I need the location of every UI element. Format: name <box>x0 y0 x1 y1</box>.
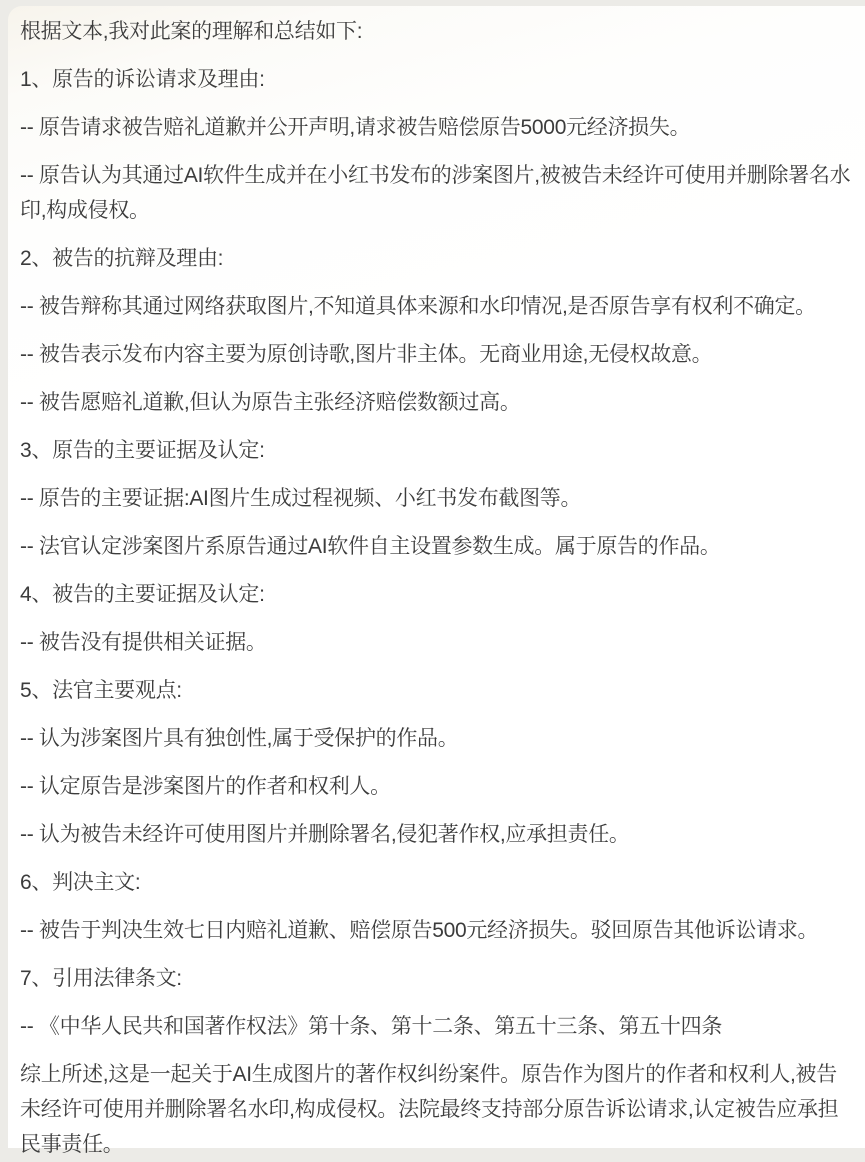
section-4-bullet-1: -- 被告没有提供相关证据。 <box>20 625 851 660</box>
section-5-bullet-2: -- 认定原告是涉案图片的作者和权利人。 <box>20 769 851 804</box>
section-3-heading: 3、原告的主要证据及认定: <box>20 433 851 468</box>
intro-line: 根据文本,我对此案的理解和总结如下: <box>20 14 851 49</box>
section-2-bullet-3: -- 被告愿赔礼道歉,但认为原告主张经济赔偿数额过高。 <box>20 385 851 420</box>
section-5-bullet-3: -- 认为被告未经许可使用图片并删除署名,侵犯著作权,应承担责任。 <box>20 817 851 852</box>
section-2-bullet-2: -- 被告表示发布内容主要为原创诗歌,图片非主体。无商业用途,无侵权故意。 <box>20 337 851 372</box>
section-1-bullet-2: -- 原告认为其通过AI软件生成并在小红书发布的涉案图片,被被告未经许可使用并删… <box>20 158 851 228</box>
section-1-bullet-1: -- 原告请求被告赔礼道歉并公开声明,请求被告赔偿原告5000元经济损失。 <box>20 110 851 145</box>
case-summary-text: 根据文本,我对此案的理解和总结如下: 1、原告的诉讼请求及理由: -- 原告请求… <box>8 6 865 1148</box>
section-6-heading: 6、判决主文: <box>20 865 851 900</box>
section-2-bullet-1: -- 被告辩称其通过网络获取图片,不知道具体来源和水印情况,是否原告享有权利不确… <box>20 289 851 324</box>
section-4-heading: 4、被告的主要证据及认定: <box>20 577 851 612</box>
document-card: 根据文本,我对此案的理解和总结如下: 1、原告的诉讼请求及理由: -- 原告请求… <box>8 6 865 1148</box>
section-3-bullet-1: -- 原告的主要证据:AI图片生成过程视频、小红书发布截图等。 <box>20 481 851 516</box>
section-7-bullet-1: -- 《中华人民共和国著作权法》第十条、第十二条、第五十三条、第五十四条 <box>20 1009 851 1044</box>
section-3-bullet-2: -- 法官认定涉案图片系原告通过AI软件自主设置参数生成。属于原告的作品。 <box>20 529 851 564</box>
section-1-heading: 1、原告的诉讼请求及理由: <box>20 62 851 97</box>
section-2-heading: 2、被告的抗辩及理由: <box>20 241 851 276</box>
conclusion-paragraph: 综上所述,这是一起关于AI生成图片的著作权纠纷案件。原告作为图片的作者和权利人,… <box>20 1057 851 1148</box>
section-5-bullet-1: -- 认为涉案图片具有独创性,属于受保护的作品。 <box>20 721 851 756</box>
section-5-heading: 5、法官主要观点: <box>20 673 851 708</box>
section-7-heading: 7、引用法律条文: <box>20 961 851 996</box>
section-6-bullet-1: -- 被告于判决生效七日内赔礼道歉、赔偿原告500元经济损失。驳回原告其他诉讼请… <box>20 913 851 948</box>
